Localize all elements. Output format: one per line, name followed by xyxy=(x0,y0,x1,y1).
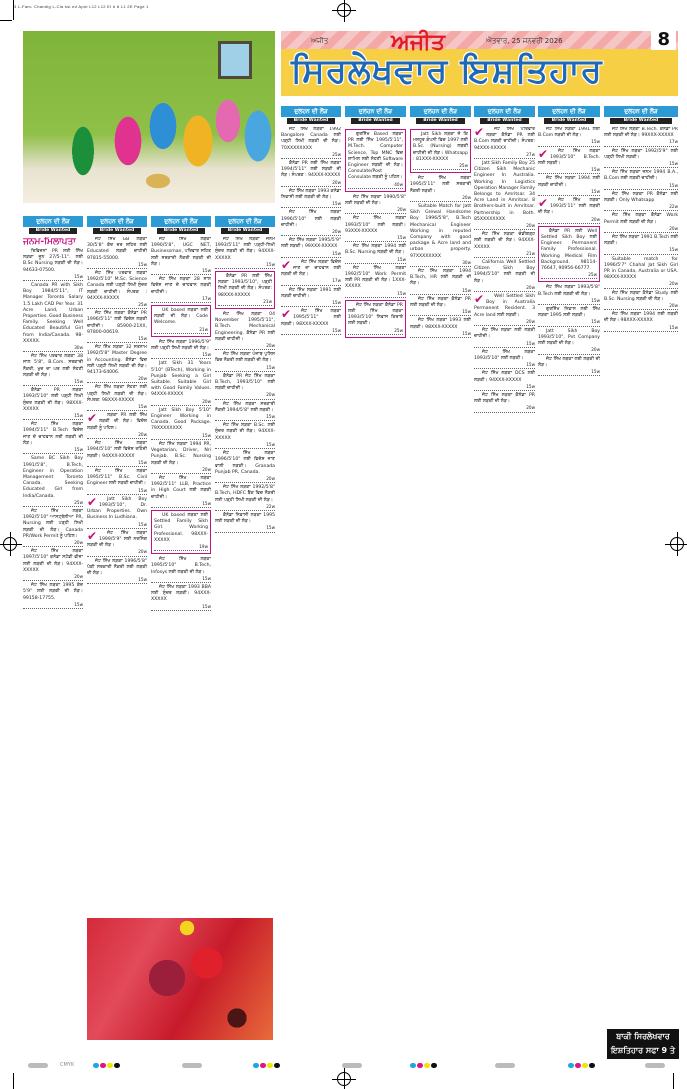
ad-word-count: 15w xyxy=(87,460,147,467)
classified-ad: ਜੱਟ ਸਿੱਖ GB ਲੜਕਾ 30/5'8" ਕੱਦ ਦਰ ਸ਼ਹਿਰ ਲਈ… xyxy=(87,237,147,269)
column-header-bride-wanted: ਦੁਲਹਨ ਦੀ ਲੋੜBride Wanted xyxy=(215,216,275,235)
ad-text: ਜੱਟ ਸਿੱਖ ਲੜਕਾ 1992 Bangalore Canada ਲਈ ਪ… xyxy=(281,127,341,151)
ad-text: ਜੱਟ ਸਿੱਖ ਲੜਕਾ 1993/5'10" ਲਈ ਲੜਕੀ। 93XXX-… xyxy=(345,216,406,233)
ad-text: ਜੱਟ ਸਿੱਖ ਲੜਕਾ ਚੰਡੀਗੜ੍ਹ ਲਈ ਲੜਕੀ ਦੀ ਲੋੜ। 9… xyxy=(474,232,535,249)
classified-ad: ਜੱਟ ਸਿੱਖ ਲੜਕਾ 1991 ਲਈ B.Com ਲੜਕੀ ਦੀ ਲੋੜ।… xyxy=(538,127,600,147)
ad-word-count: 20w xyxy=(345,207,406,214)
classified-ad: Jatt Sikh Family Boy 25 Citizen Sikh Mec… xyxy=(474,161,535,230)
ad-word-count: 15w xyxy=(151,433,211,440)
classified-ad: Same BC Sikh Boy 1991/5'8", B.Tech, Engi… xyxy=(23,456,83,507)
ad-text: ਜੱਟ ਸਿੱਖ ਲੜਕਾ ਕੈਨੇਡਾ Study ਲਈ B.Sc. Nurs… xyxy=(604,291,678,302)
ad-text: ਜੱਟ ਸਿੱਖ ਲੜਕਾ 1995/5'11" ਲਈ ਸਰਕਾਰੀ ਨੌਕਰੀ… xyxy=(410,176,471,193)
ad-word-count: 20w xyxy=(281,229,341,236)
color-bar-grey xyxy=(182,1063,202,1068)
ad-text: ਜੱਟ ਸਿੱਖ ਲੜਕਾ ਕੈਨੇਡਾ PR 1996/5'11" ਲਈ ਵਿ… xyxy=(87,311,147,335)
classified-ad: ਜੱਟ ਸਿੱਖ ਲੜਕਾ ਕੈਨੇਡਾ PR ਲਈ ਲੜਕੀ ਦੀ ਲੋੜ।1… xyxy=(410,297,471,317)
ad-text: ਕੈਨੇਡਾ PR ਲਈ Well Settled Sikh Boy ਲਈ En… xyxy=(541,229,597,271)
checkmark-icon: ✔ xyxy=(281,260,291,270)
ad-word-count: 25w xyxy=(87,302,147,309)
classified-ad: ਜੱਟ ਸਿੱਖ ਲੜਕਾ 1994 ਲਈ ਲੜਕੀ ਚਾਹੀਦੀ।15w xyxy=(538,176,600,196)
ad-word-count: 15w xyxy=(23,413,83,420)
classified-ad: ਜੱਟ ਸਿੱਖ ਲੜਕਾ ਕੈਨੇਡਾ Study ਲਈ B.Sc. Nurs… xyxy=(604,291,678,311)
classified-ad: ਜੱਟ ਸਿੱਖ ਲੜਕਾ B.Tech. ਕੈਨੇਡਾ PR ਲਈ ਲੜਕੀ … xyxy=(604,127,678,147)
ad-text: Canada PR with Sikh Boy 1984/5'11", IT M… xyxy=(23,283,83,344)
print-slug: 3 L-Fam- Chandig L-Cla ssi ed Apnt L12 L… xyxy=(14,4,149,9)
classified-ad: ਜੱਟ ਸਿੱਖ ਲੜਕਾ 1996/5'8" ਪੱਕੀ ਸਰਕਾਰੀ ਨੌਕਰ… xyxy=(87,559,147,585)
ad-text: ਜੱਟ ਸਿੱਖ ਲੜਕਾ ਸਰਕਾਰੀ ਨੌਕਰੀ 1994/5'8" ਲਈ … xyxy=(215,402,275,413)
ad-text: Jatt Sikh Family Boy 25 Citizen Sikh Mec… xyxy=(474,161,535,222)
issue-date: ਐਤਵਾਰ, 25 ਜਨਵਰੀ 2026 xyxy=(486,37,563,46)
ad-text: Same BC Sikh Boy 1991/5'8", B.Tech, Engi… xyxy=(23,456,83,498)
ad-text: ਜੱਟ ਸਿੱਖ ਲੜਕਾ ਲਈ ਲੜਕੀ ਦੀ ਲੋੜ। xyxy=(538,357,600,368)
ad-word-count: 15w xyxy=(474,341,535,348)
ad-text: ਕੈਨੇਡਾ PR ਲੜਕਾ 1993/5'10" ਲਈ ਪੜ੍ਹੀ ਲਿਖੀ … xyxy=(23,388,83,412)
classified-ad: ਜੱਟ ਸਿੱਖ ਲੜਕਾ 1995/5'11" B.Sc. Civil Eng… xyxy=(87,469,147,495)
ad-text: ਜੱਟ ਸਿੱਖ ਲੜਕਾ 1992/5'9" ਲਈ ਪੜ੍ਹੀ ਲਿਖੀ ਲੜ… xyxy=(604,149,678,160)
section-title: ਸਿਰਲੇਖਵਾਰ ਇਸ਼ਤਿਹਾਰ xyxy=(291,51,603,91)
ad-text: ਜੱਟ ਸਿੱਖ ਲੜਕਾ 1994 ਲਈ ਲੜਕੀ ਚਾਹੀਦੀ। xyxy=(538,176,600,187)
ad-word-count: 20w xyxy=(87,432,147,439)
ad-text: ਜੱਟ ਸਿੱਖ ਲੜਕਾ PR ਕੈਨੇਡਾ ਲਈ ਲੜਕੀ। Only Wh… xyxy=(604,192,678,203)
classified-ad: ਕੈਨੇਡਾ PR ਲਈ ਸਿੱਖ ਲੜਕਾ 1994/5'11" ਲਈ ਲੜਕ… xyxy=(281,161,341,187)
classified-ad: ਜੱਟ ਸਿੱਖ ਲੜਕਾ 1993 BBA ਲਈ ਸੁੰਦਰ ਲੜਕੀ। 94… xyxy=(151,585,211,611)
ad-word-count: 20w xyxy=(281,180,341,187)
classified-ad: ਜੱਟ ਸਿੱਖ ਲੜਕਾ ਜਨਮ 1993/5'11" ਲਈ ਪੜ੍ਹੀ-ਲਿ… xyxy=(215,237,275,269)
ad-text: ਜੱਟ ਸਿੱਖ ਲੜਕਾ 1994/5'11" B.Tech ਵਿਦੇਸ਼ ਜ… xyxy=(23,422,83,446)
ad-word-count: 15w xyxy=(151,604,211,611)
checkmark-icon: ✔ xyxy=(87,531,97,541)
ad-text: ਜੱਟ ਸਿੱਖ ਲੜਕਾ 1992/5'10" ਆਸਟ੍ਰੇਲੀਆ PR, N… xyxy=(23,509,83,539)
classified-ad: ਜੱਟ ਸਿੱਖ ਲੜਕਾ 1994/5'10" ਲਈ ਵਿਦੇਸ਼ ਰਹਿੰਦ… xyxy=(87,441,147,467)
ad-text: ਜੱਟ ਸਿੱਖ ਲੜਕਾ 1995/5'9" ਲਈ ਲੜਕੀ। 99XXX-X… xyxy=(281,238,341,249)
ad-word-count: 15w xyxy=(410,288,471,295)
column-header-sublabel: Bride Wanted xyxy=(29,228,77,234)
ad-word-count: 25w xyxy=(348,328,403,335)
classified-ad: ✔ਜੱਟ ਸਿੱਖ ਲੜਕਾ 1995/5'11" ਲਈ ਲੜਕੀ। 98XXX… xyxy=(281,309,341,335)
ad-word-count: 20w xyxy=(87,376,147,383)
classified-ad: ਜੱਟ ਸਿੱਖ ਲੜਕਾ 1995 ਕੱਦ 5'9" ਲਈ ਲੜਕੀ ਦੀ ਲ… xyxy=(23,583,83,609)
ad-word-count: 15w xyxy=(281,328,341,335)
column-header-bride-wanted: ਦੁਲਹਨ ਦੀ ਲੋੜBride Wanted xyxy=(345,106,406,125)
ad-word-count: 15w xyxy=(538,319,600,326)
ad-text: ਜੱਟ ਸਿੱਖ ਲੜਕਾ 1993 ਲਈ ਲੜਕੀ। 98XXX-XXXXX xyxy=(410,318,471,329)
column-header-bride-wanted: ਦੁਲਹਨ ਦੀ ਲੋੜBride Wanted xyxy=(87,216,147,235)
ad-word-count: 15w xyxy=(538,167,600,174)
ad-text: ਜੱਟ ਸਿੱਖ ਲੜਕਾ DCS ਲਈ ਲੜਕੀ। 94XXX-XXXXX xyxy=(474,371,535,382)
ad-word-count: 15w xyxy=(87,404,147,411)
crop-mark xyxy=(13,0,14,20)
classified-ad: ਕੈਨੇਡਾ ਨਿਵਾਸੀ ਲੜਕਾ 1995 ਲਈ ਲੜਕੀ ਦੀ ਲੋੜ।1… xyxy=(215,513,275,533)
ad-text: ਜੱਟ ਸਿੱਖ ਲੜਕਾ ਕੈਨੇਡਾ PR ਲਈ ਸਿੱਖ ਲੜਕਾ 199… xyxy=(348,303,403,327)
classified-ad: Suitable Match for Jatt Sikh Grewal Hand… xyxy=(410,204,471,267)
ad-text: ਗੁਰਸਿੱਖ Based ਲੜਕਾ PR ਲਈ ਸਿੱਖ 1995/5'11"… xyxy=(348,132,403,180)
color-bar-grey xyxy=(28,1063,48,1068)
cmyk-label: CMYK xyxy=(60,1062,74,1068)
column-header-bride-wanted: ਦੁਲਹਨ ਦੀ ਲੋੜBride Wanted xyxy=(604,106,678,125)
classified-ad: ਜੱਟ ਸਿੱਖ ਲੜਕਾ ਕੈਨੇਡਾ PR ਲਈ ਲੜਕੀ ਦੀ ਲੋੜ।2… xyxy=(474,393,535,413)
column-header-bride-wanted: ਦੁਲਹਨ ਦੀ ਲੋੜBride Wanted xyxy=(538,106,600,125)
ad-text: ਜੱਟ ਸਿੱਖ GB ਲੜਕਾ 30/5'8" ਕੱਦ ਦਰ ਸ਼ਹਿਰ ਲਈ… xyxy=(87,237,147,261)
ad-text: ਜੱਟ ਸਿੱਖ ਲੜਕਾ 1991 B.Tech ਲਈ ਲੜਕੀ। xyxy=(604,235,678,246)
color-bar-grey xyxy=(342,1063,362,1068)
ad-word-count: 17w xyxy=(151,296,211,303)
ad-text: ਜੱਟ ਸਿੱਖ ਲੜਕਾ 1996/5'9" ਲਈ ਪੜ੍ਹੀ ਲਿਖੀ ਲੜ… xyxy=(151,340,211,351)
ad-text: ਜੱਟ ਸਿੱਖ ਲੜਕਾ ਜਨਮ 1993/5'11" ਲਈ ਪੜ੍ਹੀ-ਲਿ… xyxy=(215,237,275,261)
classified-ad: ✔ਜੱਟ ਸਿੱਖ ਪਰਿਵਾਰ ਲੜਕਾ ਕੈਨੇਡਾ PR ਲਈ B.Com… xyxy=(474,127,535,159)
classified-ad: ਜੱਟ ਸਿੱਖ ਲੜਕਾ 1992/5'11" LLB, Practice i… xyxy=(151,476,211,508)
ad-text: ਜੱਟ ਸਿੱਖ ਲੜਕਾ ਕੈਨੇਡਾ PR ਲਈ ਲੜਕੀ ਦੀ ਲੋੜ। xyxy=(474,393,535,404)
column-header-label: ਦੁਲਹਨ ਦੀ ਲੋੜ xyxy=(151,216,211,227)
classified-ad: ਜੱਟ ਸਿੱਖ ਲੜਕਾ ਕੈਨੇਡਾ Work Permit ਲਈ ਲੜਕੀ… xyxy=(604,213,678,233)
checkmark-icon: ✔ xyxy=(538,198,548,208)
classified-ad: ਜੱਟ ਸਿੱਖ ਲੜਕਾ 1991 B.Tech ਲਈ ਲੜਕੀ।15w xyxy=(604,235,678,255)
classified-ad: ਕੈਨੇਡਾ PR ਲੜਕਾ 1993/5'10" ਲਈ ਪੜ੍ਹੀ ਲਿਖੀ … xyxy=(23,388,83,420)
color-bar-grey xyxy=(645,1063,665,1068)
classified-ad: ਜੱਟ ਸਿੱਖ ਲੜਕਾ 1990/5'8" ਲਈ ਲੜਕੀ ਦੀ ਲੋੜ।2… xyxy=(345,195,406,215)
ad-word-count: 20w xyxy=(538,217,600,224)
classified-ad: ਜੱਟ ਸਿੱਖ ਲੜਕਾ 1997/5'10" ਕਨੇਡਾ ਸਟੱਡੀ ਵੀਜ… xyxy=(23,549,83,581)
ad-text: ਜੱਟ ਸਿੱਖ ਲੜਕਾ 1992/5'11" LLB, Practice i… xyxy=(151,476,211,500)
ad-text: ਕੈਨੇਡਾ ਨਿਵਾਸੀ ਲੜਕਾ 1995 ਲਈ ਲੜਕੀ ਦੀ ਲੋੜ। xyxy=(215,513,275,524)
ad-word-count: 25w xyxy=(541,272,597,279)
classified-ad: ਕੈਨੇਡਾ PR ਜੱਟ ਸਿੱਖ ਲੜਕਾ B.Tech, 1993/5'1… xyxy=(215,374,275,400)
classified-column: ਜੱਟ ਸਿੱਖ GB ਲੜਕਾ 30/5'8" ਕੱਦ ਦਰ ਸ਼ਹਿਰ ਲਈ… xyxy=(87,237,147,915)
classified-ad: ਜੱਟ ਸਿੱਖ ਲੜਕਾ 1995/5'10" B.Tech, Infosys… xyxy=(151,557,211,583)
column-header-bride-wanted: ਦੁਲਹਨ ਦੀ ਲੋੜBride Wanted xyxy=(474,106,535,125)
ad-word-count: 20w xyxy=(604,281,678,288)
ad-text: ਜੱਟ ਸਿੱਖ ਲੜਕਾ B.Sc. ਲਈ ਸੁੰਦਰ ਲੜਕੀ ਦੀ ਲੋੜ… xyxy=(215,423,275,440)
ad-word-count: 27w xyxy=(474,152,535,159)
column-header-label: ਦੁਲਹਨ ਦੀ ਲੋੜ xyxy=(215,216,275,227)
column-header-sublabel: Bride Wanted xyxy=(351,118,400,124)
column-header-label: ਦੁਲਹਨ ਦੀ ਲੋੜ xyxy=(281,106,341,117)
classified-column: ਗੁਰਸਿੱਖ Based ਲੜਕਾ PR ਲਈ ਸਿੱਖ 1995/5'11"… xyxy=(345,127,406,1058)
ad-word-count: 21w xyxy=(154,327,208,334)
ad-text: ਜੱਟ ਸਿੱਖ ਲੜਕਾ 04 November 1995/5'11", B.… xyxy=(215,312,275,342)
classified-ad: ਕੈਨੇਡਾ PR ਲਈ ਸਿੱਖ ਲੜਕਾ 1993/5'10", ਪੜ੍ਹੀ… xyxy=(215,271,275,309)
classified-ad: ✔ਜੱਟ ਸਿੱਖ ਲੜਕਾ ਵਿਦੇਸ਼ ਜਾਣ ਦਾ ਚਾਹਵਾਨ ਲਈ ਲ… xyxy=(281,260,341,286)
ad-text: ਜੱਟ ਸਿੱਖ ਲੜਕਾ 1996/5'10" ਲਈ ਵਿਦੇਸ਼ ਜਾਣ ਵ… xyxy=(215,451,275,475)
checkmark-icon: ✔ xyxy=(538,149,548,159)
ad-word-count: 20w xyxy=(87,549,147,556)
classified-column: ਜੱਟ ਸਿੱਖ ਲੜਕਾ 1991 ਲਈ B.Com ਲੜਕੀ ਦੀ ਲੋੜ।… xyxy=(538,127,600,1058)
ad-word-count: 20w xyxy=(474,285,535,292)
classified-ad: ✔ਜੱਟ ਸਿੱਖ ਲੜਕਾ 1993/5'11" ਲਈ ਲੜਕੀ ਦੀ ਲੋੜ… xyxy=(538,198,600,224)
ad-word-count: 15w xyxy=(23,602,83,609)
ad-word-count: 30w xyxy=(410,260,471,267)
classified-ad: ਜੱਟ ਸਿੱਖ ਲੜਕਾ 1993/5'8" B.Tech ਲਈ ਲੜਕੀ ਦ… xyxy=(538,285,600,305)
ad-word-count: 15w xyxy=(410,309,471,316)
ad-word-count: 40w xyxy=(348,182,403,189)
classified-ad: ਕੈਨੇਡਾ PR ਲਈ Well Settled Sikh Boy ਲਈ En… xyxy=(538,226,600,283)
classified-ad: Jatt Sikh 31 Years 5'10" (BTech), Workin… xyxy=(151,361,211,405)
ad-word-count: 21w xyxy=(218,299,272,306)
classified-ad: ਗੁਰਸਿੱਖ Based ਲੜਕਾ PR ਲਈ ਸਿੱਖ 1995/5'11"… xyxy=(345,129,406,192)
classified-ad: UK based ਲੜਕਾ ਲਈ ਲੜਕੀ ਦੀ ਲੋੜ। Code Welco… xyxy=(151,305,211,337)
registration-mark-icon xyxy=(337,1072,351,1086)
ad-text: ਜੱਟ ਸਿੱਖ ਲੜਕਾ 1993/5'8" B.Tech ਲਈ ਲੜਕੀ ਦ… xyxy=(538,285,600,296)
checkmark-icon: ✔ xyxy=(87,413,97,423)
ad-word-count: 15w xyxy=(215,525,275,532)
ad-text: Jatt Sikh Boy 5'10" Engineer Working in … xyxy=(151,408,211,432)
classified-ad: ਜੱਟ ਸਿੱਖ ਲੜਕਾ 1992/5'10" ਆਸਟ੍ਰੇਲੀਆ PR, N… xyxy=(23,509,83,547)
ad-word-count: 15w xyxy=(604,247,678,254)
ad-word-count: 25w xyxy=(413,163,468,170)
checkmark-icon: ✔ xyxy=(87,497,97,507)
classified-ad: ਜੱਟ ਸਿੱਖ ਲੜਕਾ 1994 ਲਈ B.Sc. Nursing ਲੜਕੀ… xyxy=(345,244,406,264)
ad-word-count: 15w xyxy=(604,161,678,168)
column-header-label: ਦੁਲਹਨ ਦੀ ਲੋੜ xyxy=(604,106,678,117)
ad-word-count: 15w xyxy=(23,447,83,454)
column-header-label: ਦੁਲਹਨ ਦੀ ਲੋੜ xyxy=(23,216,83,227)
ad-text: Jatt Sikh ਲੜਕਾ ਜੋ ਕਿ ਮਸ਼ਹੂਰ ਕੰਪਨੀ ਵਿਚ 19… xyxy=(413,132,468,162)
ad-word-count: 15w xyxy=(474,362,535,369)
ad-text: ਜੱਟ ਸਿੱਖ ਲੜਕਾ 1993/5'10" ਲਈ ਲੜਕੀ। xyxy=(474,350,535,361)
ad-word-count: 20w xyxy=(538,347,600,354)
ad-word-count: 15w xyxy=(87,577,147,584)
ad-word-count: 20w xyxy=(410,195,471,202)
ad-text: ਜੱਟ ਸਿੱਖ ਲੜਕਾ 1995 ਕੱਦ 5'9" ਲਈ ਲੜਕੀ ਦੀ ਲ… xyxy=(23,583,83,600)
ad-word-count: 25w xyxy=(23,500,83,507)
column-header-sublabel: Bride Wanted xyxy=(93,228,141,234)
painting-women-gathering-image xyxy=(23,31,275,203)
ad-word-count: 22w xyxy=(604,204,678,211)
ad-text: ਜੱਟ ਸਿੱਖ ਲੜਕਾ ਪੰਜਾਬ ਪੁਲਿਸ ਵਿਚ ਨੌਕਰੀ ਲਈ ਲ… xyxy=(215,352,275,363)
classified-ad: ਜੱਟ ਸਿੱਖ ਲੜਕਾ 1994 B.Tech, HR ਲਈ ਲੜਕੀ ਦੀ… xyxy=(410,269,471,295)
ad-word-count: 15w xyxy=(215,262,275,269)
classified-ad: California Well Settled Citizen Sikh Boy… xyxy=(474,260,535,292)
classified-ad: ਜੱਟ ਸਿੱਖ ਲੜਕਾ ਸਰਕਾਰੀ ਨੌਕਰੀ 1994/5'8" ਲਈ … xyxy=(215,402,275,422)
ad-word-count: 15w xyxy=(538,298,600,305)
classified-ad: ਜੱਟ ਸਿੱਖ ਲੜਕਾ 04 November 1995/5'11", B.… xyxy=(215,312,275,350)
ad-word-count: 20w xyxy=(474,405,535,412)
ad-word-count: 15w xyxy=(345,235,406,242)
classified-ad: Suitable match for 1996/5'7" Chahal Jat … xyxy=(604,257,678,289)
paper-name-small: ਅਜੀਤ xyxy=(311,37,328,46)
classified-ad: ਜੱਟ ਸਿੱਖ ਲੜਕਾ 1992/5'10" Work Permit ਲਈ … xyxy=(345,266,406,298)
ad-word-count: 19w xyxy=(154,544,208,551)
masthead-stripe xyxy=(281,31,678,49)
classified-ad: ✔Well Settled Sikh Boy in Australia Perm… xyxy=(474,294,535,326)
section-heading: ਜਨਮ-ਮਿਲਾਪਤਾ xyxy=(23,237,83,247)
column-header-label: ਦੁਲਹਨ ਦੀ ਲੋੜ xyxy=(87,216,147,227)
ad-word-count: 15w xyxy=(215,414,275,421)
ad-text: ਜੱਟ ਸਿੱਖ ਲੜਕਾ B.Tech. ਕੈਨੇਡਾ PR ਲਈ ਲੜਕੀ … xyxy=(604,127,678,138)
column-header-sublabel: Bride Wanted xyxy=(157,228,205,234)
ad-word-count: 15w xyxy=(23,379,83,386)
ad-word-count: 20w xyxy=(474,319,535,326)
ad-word-count: 15w xyxy=(538,139,600,146)
ad-word-count: 15w xyxy=(87,522,147,529)
ad-text: ਜੱਟ ਸਿੱਖ ਲੜਕਾ 1991 ਲਈ ਲੜਕੀ ਚਾਹੀਦੀ। xyxy=(281,288,341,299)
ad-text: Suitable match for 1996/5'7" Chahal Jat … xyxy=(604,257,678,281)
classified-column: ਜੱਟ ਸਿੱਖ ਲੜਕਾ ਜਨਮ 1993/5'11" ਲਈ ਪੜ੍ਹੀ-ਲਿ… xyxy=(215,237,275,915)
ad-word-count: 20w xyxy=(604,303,678,310)
classified-ad: ਜੱਟ ਸਿੱਖ ਲੜਕਾ 1996/5'10" ਲਈ ਲੜਕੀ ਚਾਹੀਦੀ।… xyxy=(281,210,341,236)
color-bar-grey xyxy=(495,1063,515,1068)
column-header-bride-wanted: ਦੁਲਹਨ ਦੀ ਲੋੜBride Wanted xyxy=(281,106,341,125)
ad-word-count: 15w xyxy=(215,365,275,372)
classified-ad: ਜੱਟ ਸਿੱਖ ਲੜਕਾ 28 ਸਾਲ ਵਿਦੇਸ਼ ਜਾਣ ਦੇ ਚਾਹਵਾ… xyxy=(151,277,211,303)
classified-ad: ਜੱਟ ਸਿੱਖ ਲੜਕਾ 1993 ਲਈ ਲੜਕੀ। 98XXX-XXXXX1… xyxy=(410,318,471,338)
column-header-sublabel: Bride Wanted xyxy=(221,228,269,234)
classified-ad: ਜੱਟ ਸਿੱਖ ਲੜਕਾ 1995/5'9" ਲਈ ਲੜਕੀ। 99XXX-X… xyxy=(281,238,341,258)
column-header-sublabel: Bride Wanted xyxy=(480,118,529,124)
classified-ad: ਜੱਟ ਸਿੱਖ ਲੜਕਾ DCS ਲਈ ਲੜਕੀ। 94XXX-XXXXX15… xyxy=(474,371,535,391)
classified-ad: ਜੱਟ ਸਿੱਖ ਲੜਕਾ ਸੋਹਣਾ ਲਈ ਪੜ੍ਹੀ ਲਿਖੀ ਲੜਕੀ ਦ… xyxy=(87,385,147,411)
ad-word-count: 15w xyxy=(151,576,211,583)
classified-ad: ✔ਜੱਟ ਸਿੱਖ ਲੜਕਾ 1993/5'10" B.Tech. ਲਈ ਲੜਕ… xyxy=(538,149,600,175)
ad-word-count: 15w xyxy=(281,251,341,258)
column-header-label: ਦੁਲਹਨ ਦੀ ਲੋੜ xyxy=(474,106,535,117)
bridal-accessories-image xyxy=(87,918,273,1040)
ad-word-count: 15w xyxy=(281,300,341,307)
ad-word-count: 15w xyxy=(281,201,341,208)
classified-ad: ਜੱਟ ਸਿੱਖ ਲੜਕਾ ਜਨਮ 1994 B.A., B.Com ਲਈ ਲੜ… xyxy=(604,170,678,190)
ad-text: ਜੱਟ ਸਿੱਖ ਲੜਕਾ 1995/5'11" B.Sc. Civil Eng… xyxy=(87,469,147,486)
ad-text: Jatt Sikh Boy 1993/5'10", Pvt Company ਲਈ… xyxy=(538,329,600,346)
continued-on-page-notice: ਬਾਕੀ ਸਿਰਲੇਖਵਾਰ ਇਸ਼ਤਿਹਾਰ ਸਫਾ 9 ਤੇ xyxy=(607,1029,679,1059)
crop-mark xyxy=(13,1073,14,1089)
registration-mark-icon xyxy=(3,537,17,551)
ad-text: ਕੈਨੇਡਾ PR ਲਈ ਸਿੱਖ ਲੜਕਾ 1993/5'10", ਪੜ੍ਹੀ… xyxy=(218,274,272,298)
ad-text: ਜੱਟ ਸਿੱਖ ਪਰਵਾਰ ਲੜਕਾ 38 ਸਾਲ 5'8", B.Com. … xyxy=(23,354,83,378)
ad-text: Suitable Match for Jatt Sikh Grewal Hand… xyxy=(410,204,471,259)
ad-word-count: 15w xyxy=(87,488,147,495)
classified-ad: ਰਿਵਿਜ਼ਨਾਂ PR ਲਈ ਸਿੱਖ ਲੜਕਾ ਜੂਨ 27/5-11". … xyxy=(23,249,83,281)
ad-word-count: 21w xyxy=(474,251,535,258)
classified-ad: ਜੱਟ ਸਿੱਖ ਲੜਕਾ B.Sc. ਲਈ ਸੁੰਦਰ ਲੜਕੀ ਦੀ ਲੋੜ… xyxy=(215,423,275,449)
ad-text: ਜੱਟ ਸਿੱਖ ਲੜਕਾ 1990/5'8" ਲਈ ਲੜਕੀ ਦੀ ਲੋੜ। xyxy=(345,195,406,206)
classified-ad: ਜੱਟ ਸਿੱਖ ਪਰਵਾਰ ਲੜਕਾ 1992/5'10" M.Sc. Sci… xyxy=(87,271,147,309)
classified-ad: Canada PR with Sikh Boy 1984/5'11", IT M… xyxy=(23,283,83,352)
classified-ad: ਜੱਟ ਸਿੱਖ ਲੜਕਾ 1992 Bangalore Canada ਲਈ ਪ… xyxy=(281,127,341,159)
ad-text: ਗੁਰਸਿੱਖ ਨਿਵਾਸ ਲਈ ਸਿੱਖ ਲੜਕਾ 1995 ਲਈ ਲੜਕੀ। xyxy=(538,307,600,318)
ad-word-count: 17w xyxy=(281,278,341,285)
ad-text: ਜੱਟ ਸਿੱਖ ਲੜਕਾ ਲਈ ਲੜਕੀ ਚਾਹੀਦੀ। xyxy=(474,328,535,339)
classified-ad: ✔ਲੜਕਾ PR ਲਈ ਸਿੱਖ ਲੜਕੀ ਦੀ ਲੋੜ। ਵਿਦੇਸ਼ ਲੜਕ… xyxy=(87,413,147,439)
classified-ad: ਜੱਟ ਸਿੱਖ ਲੜਕਾ ਚੰਡੀਗੜ੍ਹ ਲਈ ਲੜਕੀ ਦੀ ਲੋੜ। 9… xyxy=(474,232,535,258)
ad-text: ਜੱਟ ਸਿੱਖ ਲੜਕਾ 1993 ਕਨੇਡਾ ਨਿਵਾਸੀ ਲਈ ਲੜਕੀ … xyxy=(281,189,341,200)
ad-word-count: 15w xyxy=(410,331,471,338)
classified-ad: ਜੱਟ ਸਿੱਖ ਲੜਕਾ 1993 ਕਨੇਡਾ ਨਿਵਾਸੀ ਲਈ ਲੜਕੀ … xyxy=(281,189,341,209)
ad-word-count: 15w xyxy=(538,369,600,376)
checkmark-icon: ✔ xyxy=(474,127,484,137)
classified-ad: ਜੱਟ ਸਿੱਖ ਲੜਕਾ 1992/5'8" B.Tech, HDFC ਬੈਂ… xyxy=(215,485,275,511)
checkmark-icon: ✔ xyxy=(281,309,291,319)
ad-word-count: 15w xyxy=(151,352,211,359)
ad-text: ਜੱਟ ਸਿੱਖ ਲੜਕਾ 1994 B.Tech, HR ਲਈ ਲੜਕੀ ਦੀ… xyxy=(410,269,471,286)
classified-ad: ਜੱਟ ਸਿੱਖ ਲੜਕਾ 1991 ਲਈ ਲੜਕੀ ਚਾਹੀਦੀ।15w xyxy=(281,288,341,308)
classified-ad: ਜੱਟ ਸਿੱਖ ਲੜਕਾ ਕੈਨੇਡਾ PR 1996/5'11" ਲਈ ਵਿ… xyxy=(87,311,147,343)
classified-ad: UK based ਲੜਕਾ ਲਈ Settled Family Sikh Gir… xyxy=(151,510,211,554)
ad-word-count: 20w xyxy=(215,392,275,399)
ad-word-count: 20w xyxy=(215,476,275,483)
masthead: ਅਜੀਤ ਅਜੀਤ ਐਤਵਾਰ, 25 ਜਨਵਰੀ 2026 8 ਸਿਰਲੇਖਵ… xyxy=(281,31,678,96)
classified-column: Jatt Sikh ਲੜਕਾ ਜੋ ਕਿ ਮਸ਼ਹੂਰ ਕੰਪਨੀ ਵਿਚ 19… xyxy=(410,127,471,1058)
ad-text: Jatt Sikh 31 Years 5'10" (BTech), Workin… xyxy=(151,361,211,397)
classified-ad: Jatt Sikh Boy 5'10" Engineer Working in … xyxy=(151,408,211,440)
ad-text: UK based ਲੜਕਾ ਲਈ ਲੜਕੀ ਦੀ ਲੋੜ। Code Welco… xyxy=(154,308,208,325)
classified-column: ✔ਜੱਟ ਸਿੱਖ ਪਰਿਵਾਰ ਲੜਕਾ ਕੈਨੇਡਾ PR ਲਈ B.Com… xyxy=(474,127,535,1058)
classified-ad: ਜੱਟ ਸਿੱਖ ਲੜਕਾ 1990/5'8", UGC NET, Busine… xyxy=(151,237,211,275)
column-header-label: ਦੁਲਹਨ ਦੀ ਲੋੜ xyxy=(410,106,471,117)
ad-word-count: 15w xyxy=(538,189,600,196)
ad-word-count: 15w xyxy=(474,384,535,391)
ad-text: ਜੱਟ ਸਿੱਖ ਲੜਕਾ 1994 PR, Vegetarian, Drive… xyxy=(151,442,211,466)
ad-word-count: 25w xyxy=(281,152,341,159)
ad-word-count: 15w xyxy=(345,257,406,264)
classified-ad: ਜੱਟ ਸਿੱਖ ਲੜਕਾ 1995/5'11" ਲਈ ਸਰਕਾਰੀ ਨੌਕਰੀ… xyxy=(410,176,471,202)
ad-word-count: 20w xyxy=(23,574,83,581)
ad-text: ਜੱਟ ਸਿੱਖ ਲੜਕਾ ਜਨਮ 1994 B.A., B.Com ਲਈ ਲੜ… xyxy=(604,170,678,181)
ad-text: ਜੱਟ ਸਿੱਖ ਲੜਕਾ 1992/5'8" B.Tech, HDFC ਬੈਂ… xyxy=(215,485,275,502)
classified-ad: Jatt Sikh Boy 1993/5'10", Pvt Company ਲਈ… xyxy=(538,329,600,355)
ad-word-count: 15w xyxy=(151,501,211,508)
ad-word-count: 15w xyxy=(23,274,83,281)
ad-word-count: 15w xyxy=(151,268,211,275)
column-header-sublabel: Bride Wanted xyxy=(416,118,465,124)
ad-text: ਜੱਟ ਸਿੱਖ ਲੜਕਾ 1994 ਲਈ ਲੜਕੀ ਦੀ ਲੋੜ। 98XXX… xyxy=(604,312,678,323)
classified-ad: ਜੱਟ ਸਿੱਖ ਲੜਕਾ 1994/5'11" B.Tech ਵਿਦੇਸ਼ ਜ… xyxy=(23,422,83,454)
classified-ad: ਜੱਟ ਸਿੱਖ ਲੜਕਾ ਪੰਜਾਬ ਪੁਲਿਸ ਵਿਚ ਨੌਕਰੀ ਲਈ ਲ… xyxy=(215,352,275,372)
ad-text: UK based ਲੜਕਾ ਲਈ Settled Family Sikh Gir… xyxy=(154,513,208,543)
column-header-bride-wanted: ਦੁਲਹਨ ਦੀ ਲੋੜBride Wanted xyxy=(410,106,471,125)
classified-column: ਜੱਟ ਸਿੱਖ ਲੜਕਾ 1990/5'8", UGC NET, Busine… xyxy=(151,237,211,915)
cmyk-color-bar xyxy=(253,1063,280,1068)
ad-text: ਜੱਟ ਸਿੱਖ ਲੜਕਾ 1995/5'10" B.Tech, Infosys… xyxy=(151,557,211,574)
column-header-bride-wanted: ਦੁਲਹਨ ਦੀ ਲੋੜBride Wanted xyxy=(151,216,211,235)
ad-text: ਜੱਟ ਸਿੱਖ ਲੜਕਾ 1992/5'10" Work Permit ਲਈ … xyxy=(345,266,406,290)
cmyk-color-bar xyxy=(568,1063,595,1068)
classified-ad: ਜੱਟ ਸਿੱਖ ਲੜਕਾ ਲਈ ਲੜਕੀ ਚਾਹੀਦੀ।15w xyxy=(474,328,535,348)
ad-text: ਜੱਟ ਸਿੱਖ ਲੜਕਾ 1997/5'10" ਕਨੇਡਾ ਸਟੱਡੀ ਵੀਜ… xyxy=(23,549,83,573)
ad-word-count: 30w xyxy=(23,345,83,352)
ad-text: ਜੱਟ ਸਿੱਖ ਲੜਕਾ 1994 ਲਈ B.Sc. Nursing ਲੜਕੀ… xyxy=(345,244,406,255)
ad-text: ਜੱਟ ਸਿੱਖ ਲੜਕਾ ਕੈਨੇਡਾ PR ਲਈ ਲੜਕੀ ਦੀ ਲੋੜ। xyxy=(410,297,471,308)
classified-ad: ਜੱਟ ਸਿੱਖ ਲੜਕਾ 1993/5'10" ਲਈ ਲੜਕੀ। 93XXX-… xyxy=(345,216,406,242)
heading-text: ਜਨਮ-ਮਿਲਾਪਤਾ xyxy=(23,237,76,247)
ad-text: ਜੱਟ ਸਿੱਖ ਲੜਕਾ 1996/5'10" ਲਈ ਲੜਕੀ ਚਾਹੀਦੀ। xyxy=(281,210,341,227)
ad-text: ਜੱਟ ਸਿੱਖ ਪਰਵਾਰ ਲੜਕਾ 1992/5'10" M.Sc. Sci… xyxy=(87,271,147,301)
classified-ad: ਜੱਟ ਸਿੱਖ ਲੜਕਾ 1994 PR, Vegetarian, Drive… xyxy=(151,442,211,474)
classified-ad: ✔ਜੱਟ ਸਿੱਖ ਲੜਕਾ 1999/5'9" ਲਈ ਨਰਸਿੰਗ ਲੜਕੀ … xyxy=(87,531,147,557)
page-number: 8 xyxy=(651,29,676,50)
classified-ad: ਜੱਟ ਸਿੱਖ ਲੜਕਾ ਲਈ ਲੜਕੀ ਦੀ ਲੋੜ।15w xyxy=(538,357,600,377)
column-header-label: ਦੁਲਹਨ ਦੀ ਲੋੜ xyxy=(538,106,600,117)
ad-word-count: 15w xyxy=(604,325,678,332)
checkmark-icon: ✔ xyxy=(474,294,484,304)
classified-ad: ਗੁਰਸਿੱਖ ਨਿਵਾਸ ਲਈ ਸਿੱਖ ਲੜਕਾ 1995 ਲਈ ਲੜਕੀ।… xyxy=(538,307,600,327)
crop-mark xyxy=(673,1073,674,1089)
ad-text: ਕੈਨੇਡਾ PR ਲਈ ਸਿੱਖ ਲੜਕਾ 1994/5'11" ਲਈ ਲੜਕ… xyxy=(281,161,341,178)
classified-ad: ਜੱਟ ਸਿੱਖ ਲੜਕਾ 1996/5'10" ਲਈ ਵਿਦੇਸ਼ ਜਾਣ ਵ… xyxy=(215,451,275,483)
ad-text: ਕੈਨੇਡਾ PR ਜੱਟ ਸਿੱਖ ਲੜਕਾ B.Tech, 1993/5'1… xyxy=(215,374,275,391)
painting-window xyxy=(218,41,252,79)
column-header-sublabel: Bride Wanted xyxy=(610,118,672,124)
ad-word-count: 17w xyxy=(604,139,678,146)
ad-text: ਜੱਟ ਸਿੱਖ ਲੜਕਾ 1994/5'10" ਲਈ ਵਿਦੇਸ਼ ਰਹਿੰਦ… xyxy=(87,441,147,458)
ad-word-count: 20w xyxy=(23,540,83,547)
ad-word-count: 15w xyxy=(87,336,147,343)
classified-ad: Jatt Sikh ਲੜਕਾ ਜੋ ਕਿ ਮਸ਼ਹੂਰ ਕੰਪਨੀ ਵਿਚ 19… xyxy=(410,129,471,173)
ad-text: ਜੱਟ ਸਿੱਖ ਲੜਕਾ ਕੈਨੇਡਾ Work Permit ਲਈ ਲੜਕੀ… xyxy=(604,213,678,224)
classified-ad: ✔Jatt Sikh Boy 1993/5'10", Dr. Urban Pro… xyxy=(87,497,147,529)
classified-ad: ਜੱਟ ਸਿੱਖ ਲੜਕਾ 32 ਸਤਨਾਮ 1992/5'8" Master … xyxy=(87,345,147,383)
column-header-sublabel: Bride Wanted xyxy=(287,118,335,124)
classified-ad: ਜੱਟ ਸਿੱਖ ਪਰਵਾਰ ਲੜਕਾ 38 ਸਾਲ 5'8", B.Com. … xyxy=(23,354,83,386)
classified-ad: ਜੱਟ ਸਿੱਖ ਲੜਕਾ 1993/5'10" ਲਈ ਲੜਕੀ।15w xyxy=(474,350,535,370)
